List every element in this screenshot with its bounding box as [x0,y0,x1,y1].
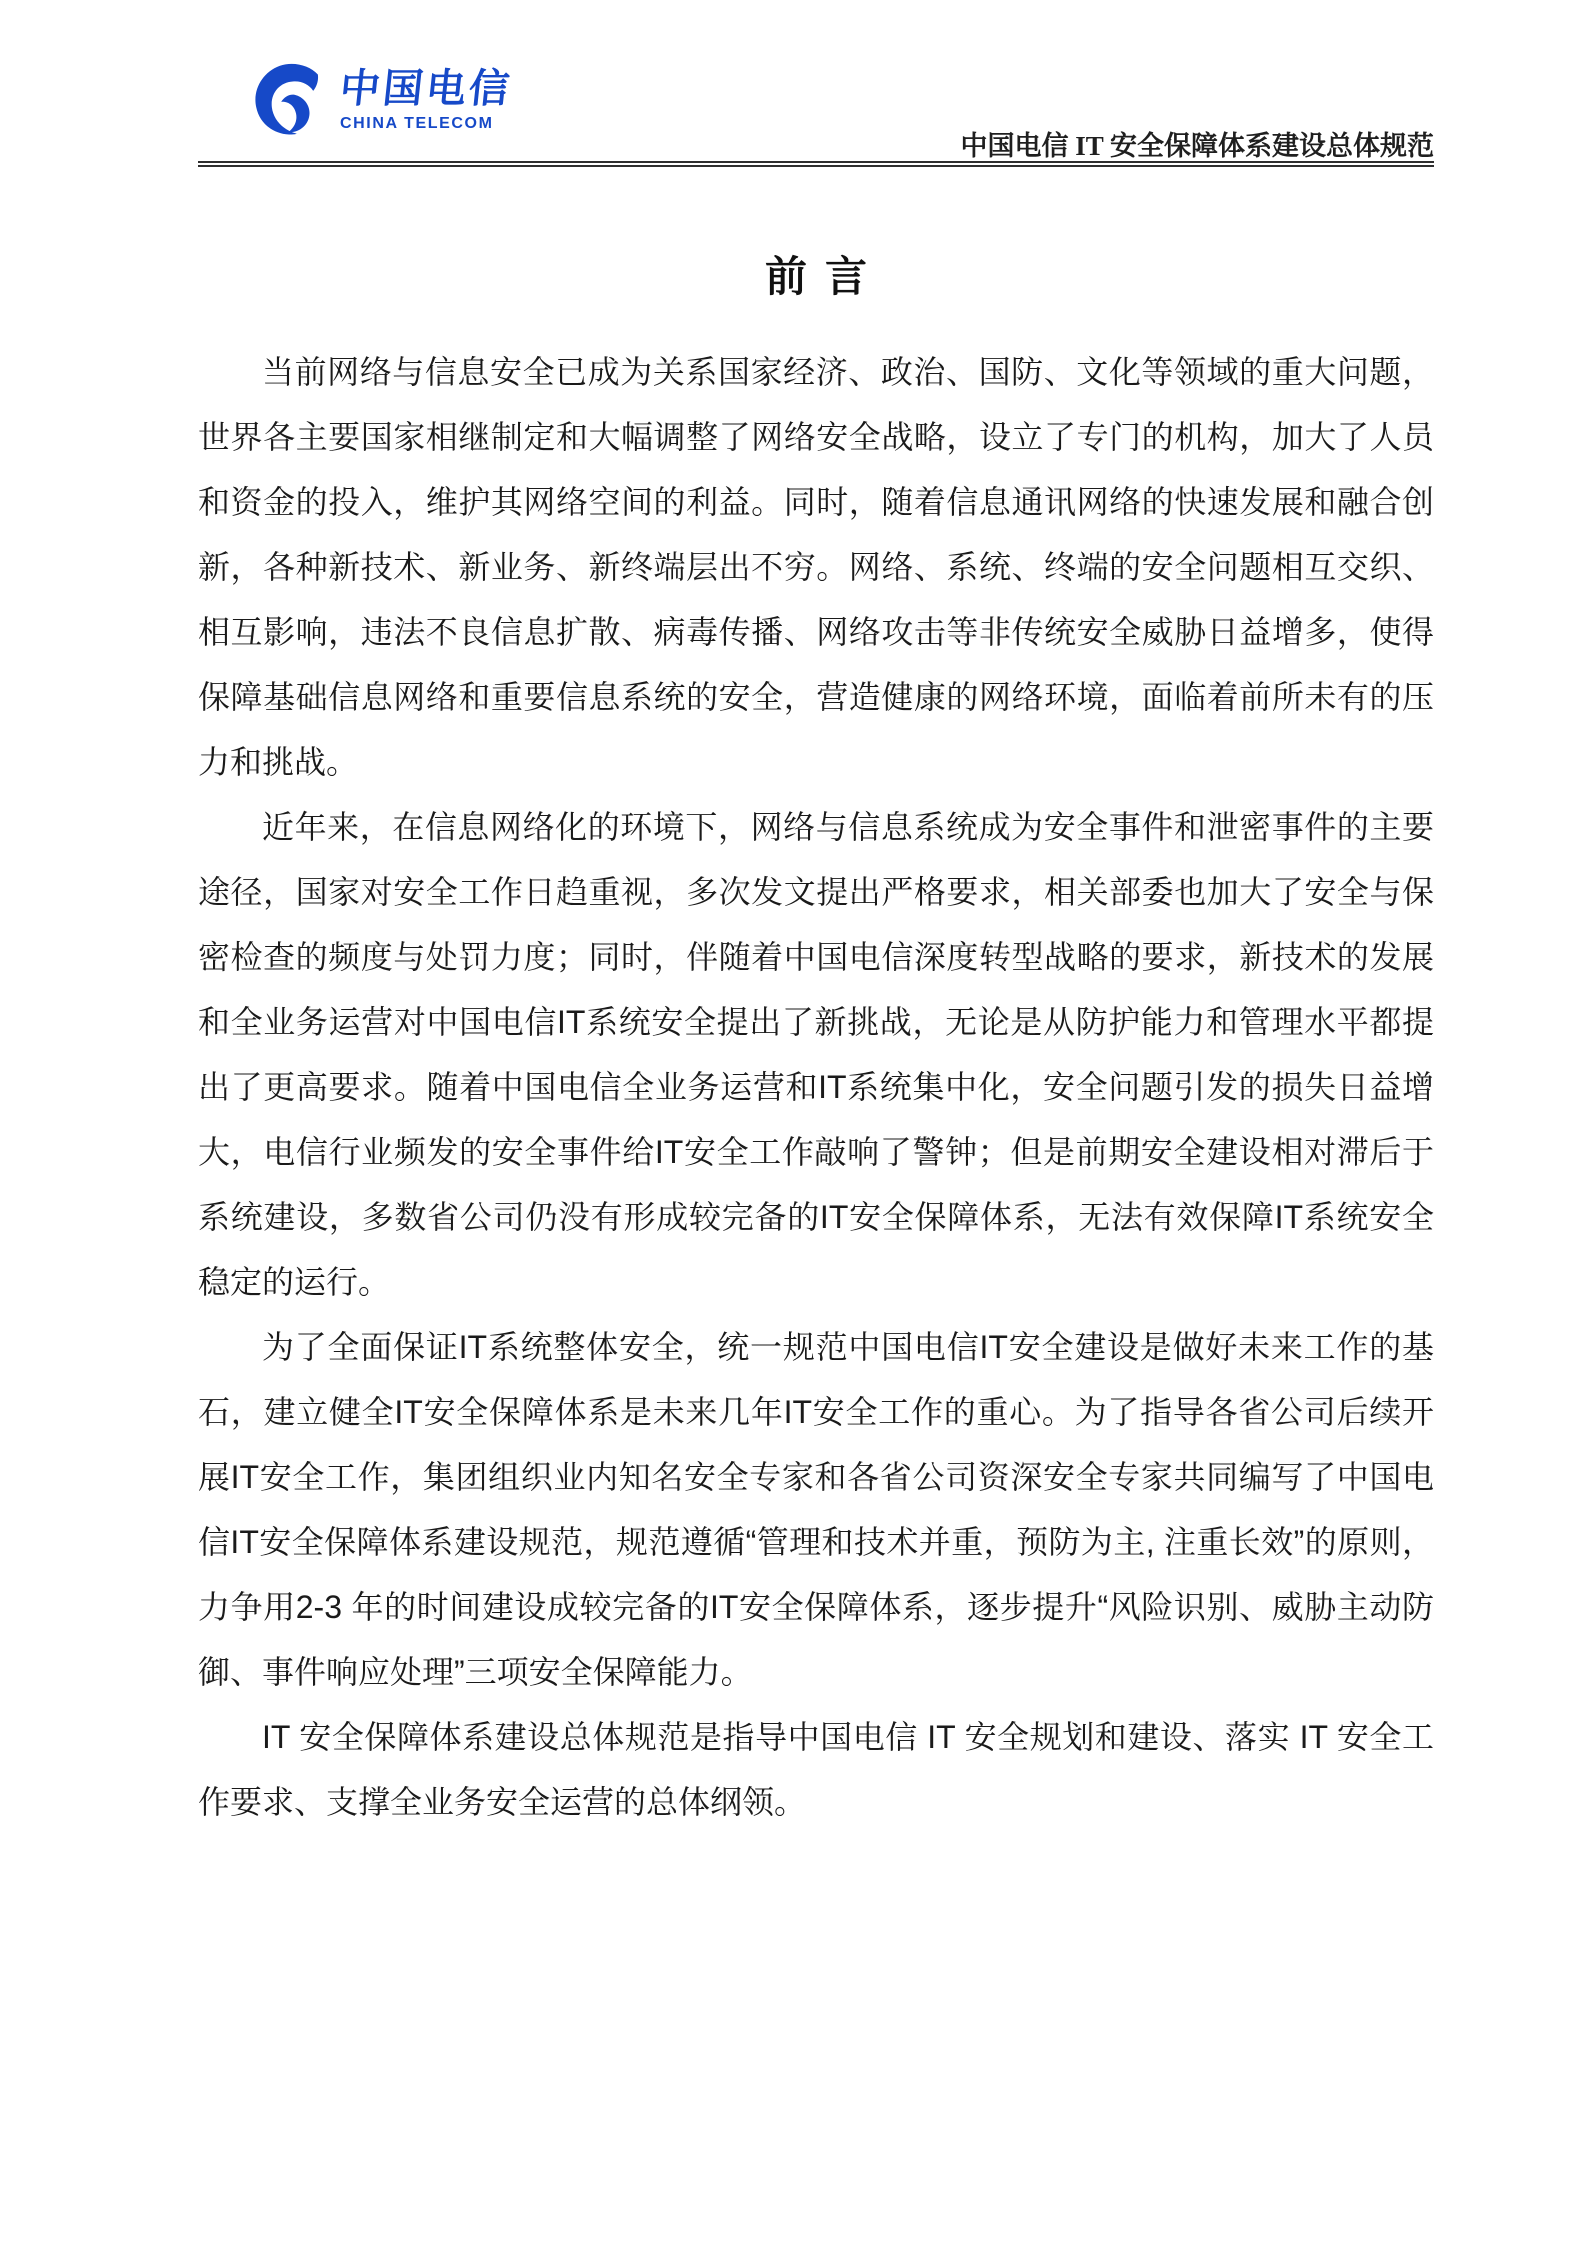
logo-name-english: CHINA TELECOM [340,114,512,134]
page-title: 前言 [198,250,1434,306]
paragraph-4: IT 安全保障体系建设总体规范是指导中国电信 IT 安全规划和建设、落实 IT … [198,1705,1434,1835]
logo-text: 中国电信 CHINA TELECOM [340,58,512,134]
paragraph-2: 近年来，在信息网络化的环境下，网络与信息系统成为安全事件和泄密事件的主要途径，国… [198,795,1434,1315]
document-body: 前言 当前网络与信息安全已成为关系国家经济、政治、国防、文化等领域的重大问题，世… [198,250,1434,1835]
document-header-title: 中国电信 IT 安全保障体系建设总体规范 [960,124,1434,163]
china-telecom-logo-icon [250,58,328,144]
header-divider [198,161,1434,167]
paragraph-1: 当前网络与信息安全已成为关系国家经济、政治、国防、文化等领域的重大问题，世界各主… [198,340,1434,795]
logo-name-chinese: 中国电信 [338,66,515,112]
china-telecom-logo: 中国电信 CHINA TELECOM [250,58,512,144]
document-page: 中国电信 CHINA TELECOM 中国电信 IT 安全保障体系建设总体规范 … [0,0,1586,2245]
paragraph-3: 为了全面保证IT系统整体安全，统一规范中国电信IT安全建设是做好未来工作的基石，… [198,1315,1434,1705]
